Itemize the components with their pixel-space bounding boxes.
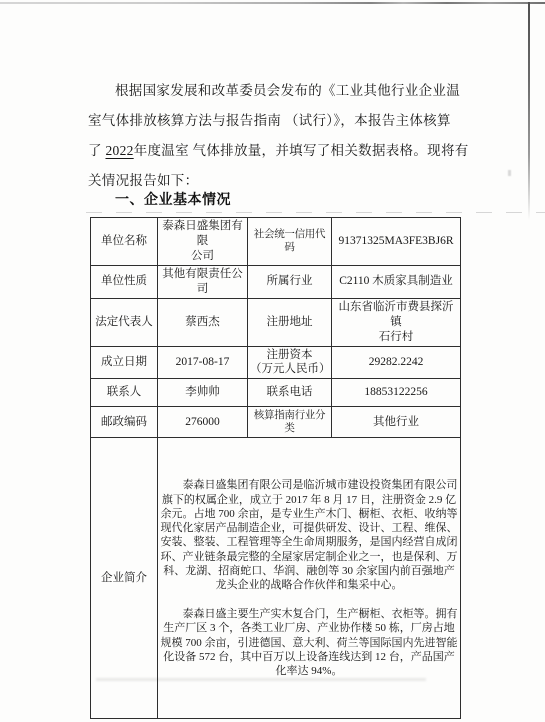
table-row-profile: 企业简介 泰森日盛集团有限公司是临沂城市建设投资集团有限公司旗下的权属企业，成立… xyxy=(91,438,461,719)
field-label-postal-code: 邮政编码 xyxy=(91,407,158,438)
field-value-unit-type: 其他有限责任公司 xyxy=(158,265,248,298)
profile-paragraph-1: 泰森日盛集团有限公司是临沂城市建设投资集团有限公司旗下的权属企业，成立于 201… xyxy=(160,478,458,592)
field-value-guide-category: 其他行业 xyxy=(332,407,461,438)
profile-paragraph-2: 泰森日盛主要生产实木复合门，生产橱柜、衣柜等。拥有生产厂区 3 个，各类工业厂房… xyxy=(160,607,458,678)
table-row: 联系人 李帅帅 联系电话 18853122256 xyxy=(91,379,461,407)
intro-line-2: 室气体排放核算方法与报告指南 （试行）》，本报告主体核算 xyxy=(88,106,468,136)
field-label-contact-person: 联系人 xyxy=(91,379,158,407)
intro-line-3: 了 2022年度温室 气体排放量，并填写了相关数据表格。现将有 xyxy=(88,136,468,166)
field-value-contact-person: 李帅帅 xyxy=(158,379,248,407)
company-info-table: 单位名称 泰森日盛集团有限 公司 社会统一信用代码 91371325MA3FE3… xyxy=(90,217,461,719)
field-value-postal-code: 276000 xyxy=(158,407,248,438)
field-label-unit-name: 单位名称 xyxy=(91,218,158,266)
field-value-unit-name: 泰森日盛集团有限 公司 xyxy=(158,218,248,266)
table-row: 邮政编码 276000 核算指南行业分类 其他行业 xyxy=(91,407,461,438)
field-value-company-profile: 泰森日盛集团有限公司是临沂城市建设投资集团有限公司旗下的权属企业，成立于 201… xyxy=(158,438,461,719)
scan-artifact-dashed-line xyxy=(86,212,545,213)
field-value-founded-date: 2017-08-17 xyxy=(158,346,248,379)
field-label-guide-category: 核算指南行业分类 xyxy=(248,407,332,438)
report-year-underlined: 2022 xyxy=(105,143,133,158)
field-label-contact-phone: 联系电话 xyxy=(248,379,332,407)
field-label-reg-capital: 注册资本 （万元人民币） xyxy=(248,346,332,379)
table-row: 法定代表人 蔡西杰 注册地址 山东省临沂市费县探沂镇 石行村 xyxy=(91,298,461,346)
field-label-credit-code: 社会统一信用代码 xyxy=(248,218,332,266)
section-heading: 一、企业基本情况 xyxy=(115,189,231,209)
table-row: 单位性质 其他有限责任公司 所属行业 C2110 木质家具制造业 xyxy=(91,265,461,298)
table-row: 成立日期 2017-08-17 注册资本 （万元人民币） 29282.2242 xyxy=(91,346,461,379)
field-value-industry: C2110 木质家具制造业 xyxy=(332,265,461,298)
field-value-contact-phone: 18853122256 xyxy=(332,379,461,407)
intro-paragraph: 根据国家发展和改革委员会发布的《工业其他行业企业温 室气体排放核算方法与报告指南… xyxy=(88,76,468,196)
field-label-company-profile: 企业简介 xyxy=(91,438,158,719)
table-row: 单位名称 泰森日盛集团有限 公司 社会统一信用代码 91371325MA3FE3… xyxy=(91,218,461,266)
field-value-credit-code: 91371325MA3FE3BJ6R xyxy=(332,218,461,266)
scan-edge-top-line xyxy=(0,2,545,4)
scan-artifact-speck xyxy=(508,170,511,176)
scan-edge-right-line xyxy=(528,2,530,220)
field-label-legal-rep: 法定代表人 xyxy=(91,298,158,346)
field-label-founded-date: 成立日期 xyxy=(91,346,158,379)
document-page: 根据国家发展和改革委员会发布的《工业其他行业企业温 室气体排放核算方法与报告指南… xyxy=(0,0,545,722)
intro-line-3-post: 年度温室 气体排放量，并填写了相关数据表格。现将有 xyxy=(134,143,469,158)
field-label-unit-type: 单位性质 xyxy=(91,265,158,298)
field-value-reg-address: 山东省临沂市费县探沂镇 石行村 xyxy=(332,298,461,346)
field-value-legal-rep: 蔡西杰 xyxy=(158,298,248,346)
field-value-reg-capital: 29282.2242 xyxy=(332,346,461,379)
field-label-industry: 所属行业 xyxy=(248,265,332,298)
field-label-reg-address: 注册地址 xyxy=(248,298,332,346)
intro-line-3-pre: 了 xyxy=(88,143,105,158)
intro-line-1: 根据国家发展和改革委员会发布的《工业其他行业企业温 xyxy=(88,76,468,106)
